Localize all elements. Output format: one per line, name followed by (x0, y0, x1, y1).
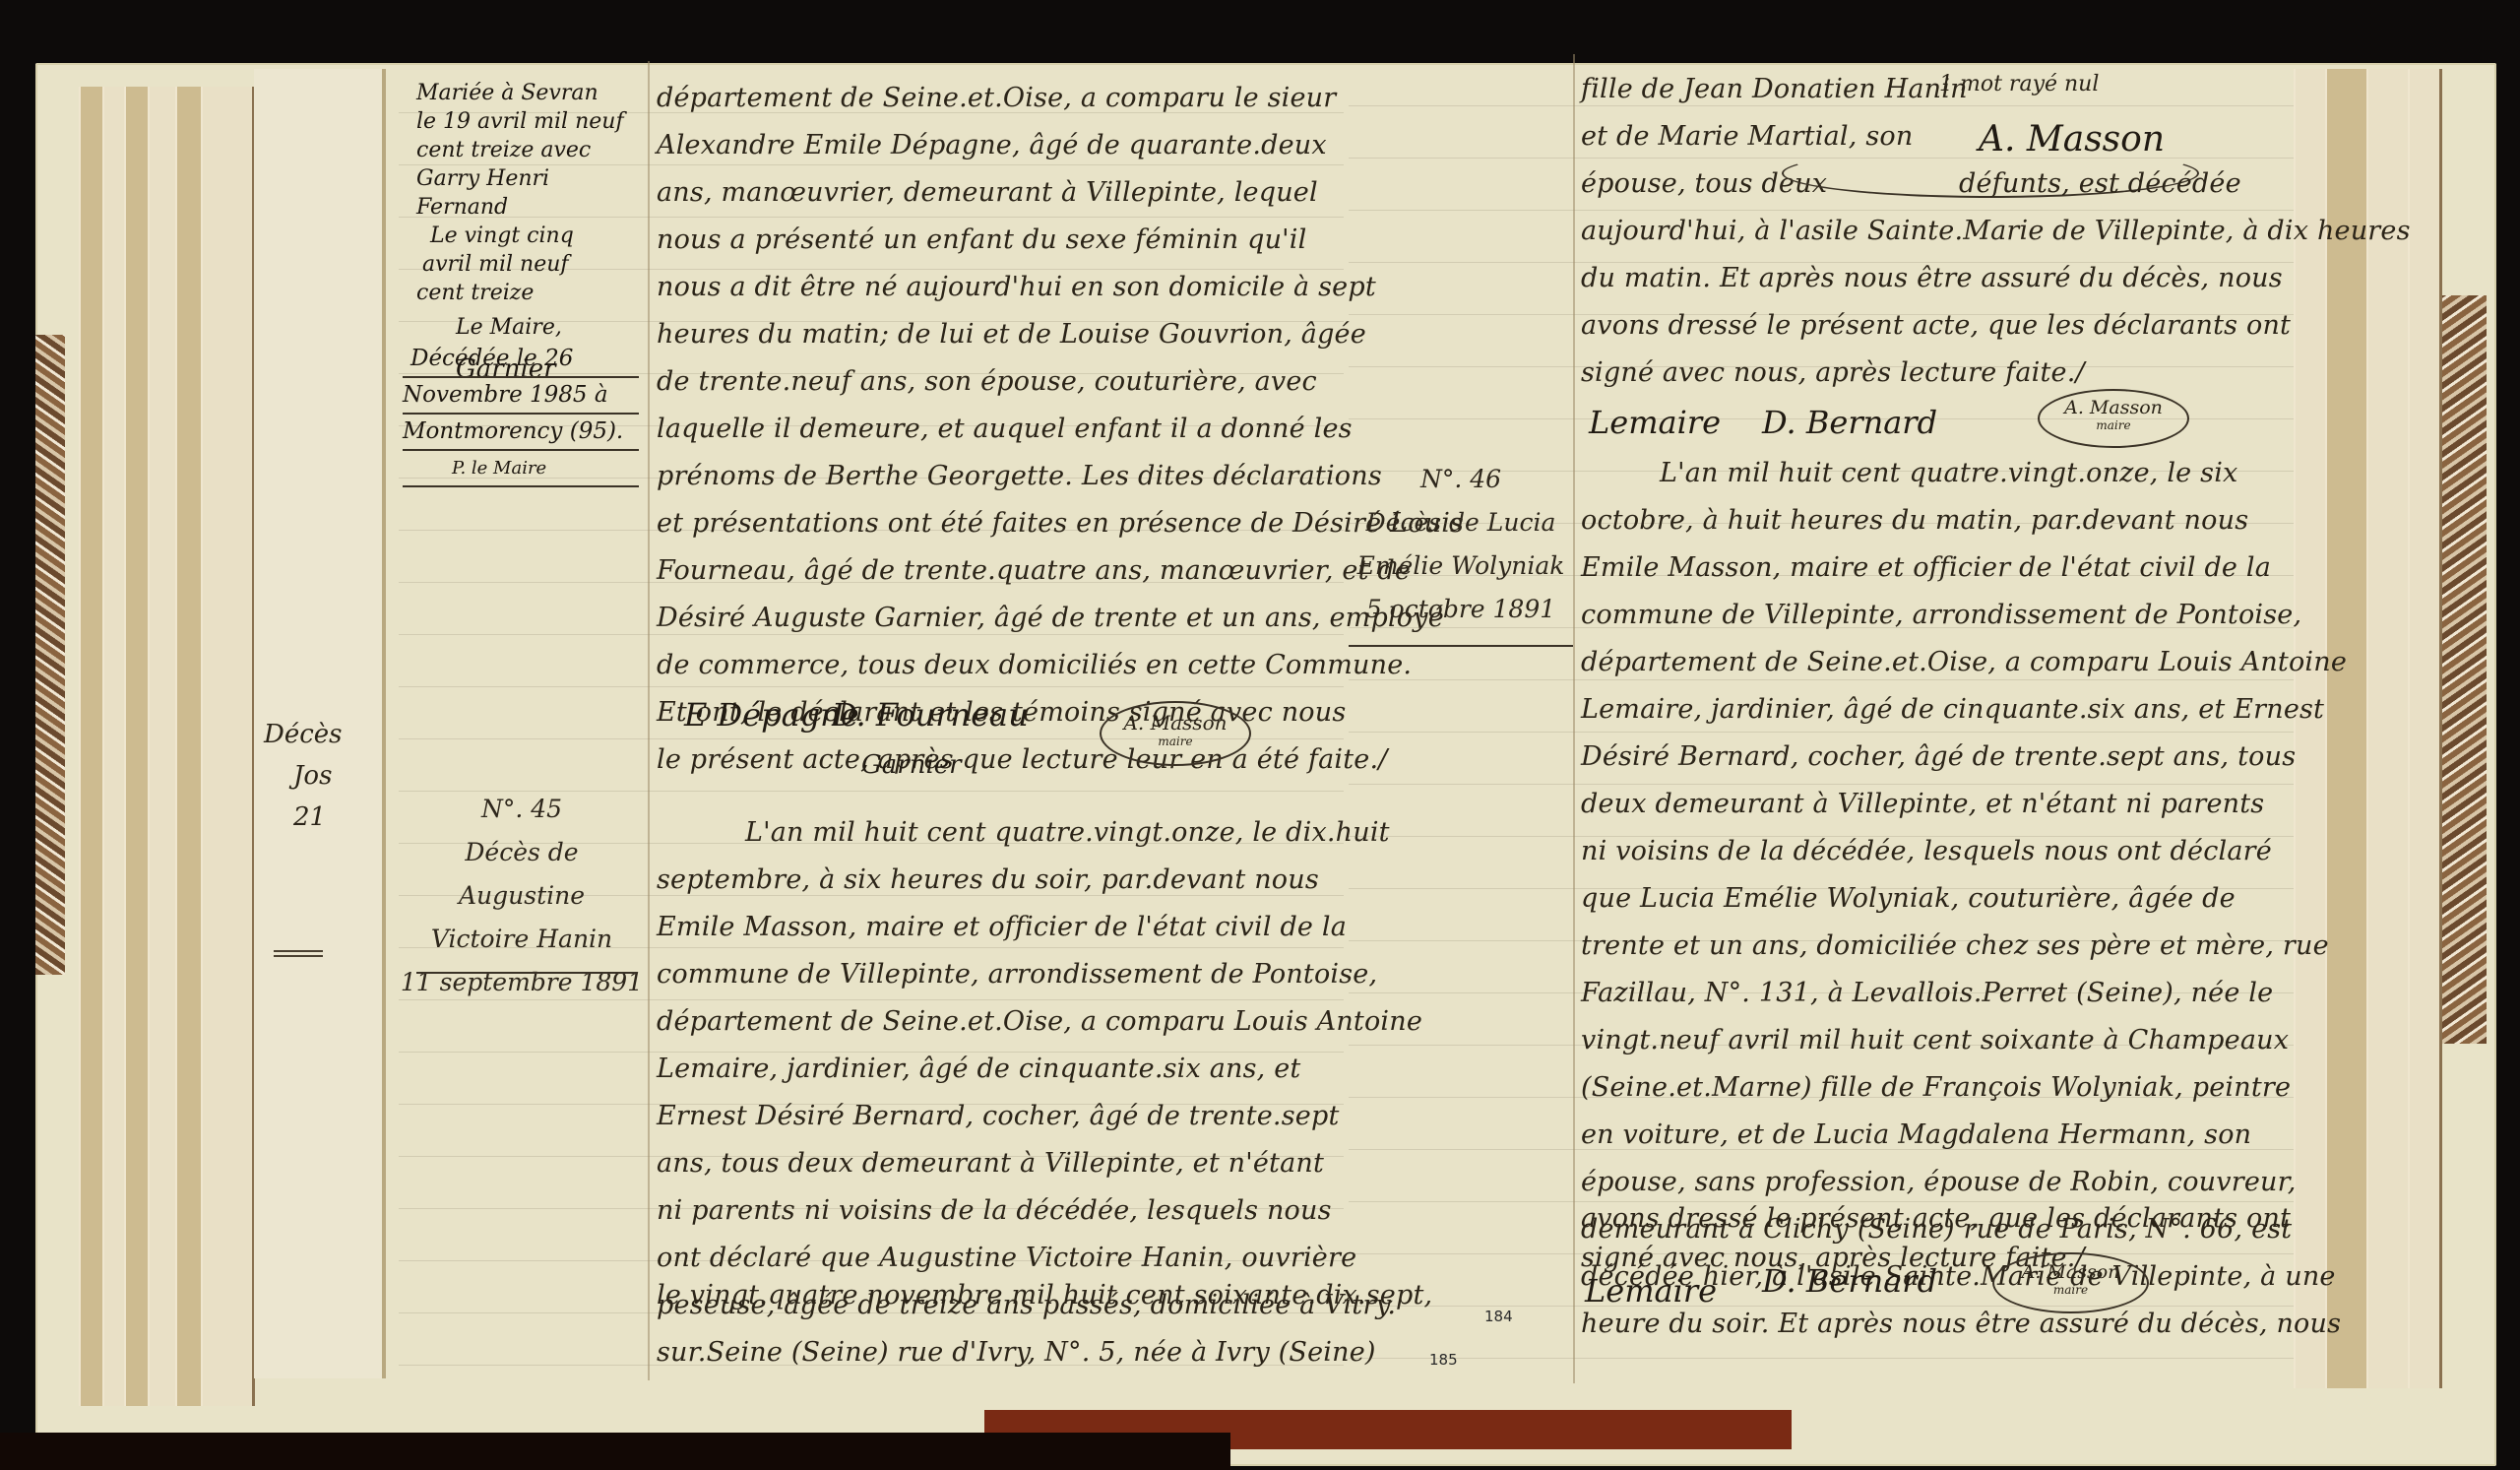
text-line: département de Seine.et.Oise, a comparu … (1581, 647, 2347, 677)
text-line: ni parents ni voisins de la décédée, les… (657, 1195, 1332, 1226)
page-edge (2408, 69, 2442, 1388)
entry-number: N°. 45 (399, 788, 645, 831)
page-edge (79, 87, 105, 1406)
page-number-184: 184 (1484, 1308, 1513, 1325)
fragment-text: Décès (264, 714, 343, 755)
annotation-line: Le Maire, (416, 313, 648, 342)
approval-note: 1 mot rayé nul (1939, 72, 2099, 96)
text-line: Fourneau, âgé de trente.quatre ans, manœ… (657, 555, 1411, 586)
text-line: fille de Jean Donatien Hanin (1581, 74, 1968, 104)
text-line: défunts, est décédée (1959, 168, 2241, 199)
text-line: et présentations ont été faites en prése… (657, 508, 1464, 539)
entry-title: Décès de Augustine (399, 831, 645, 918)
annotation-line: cent treize avec (416, 136, 648, 164)
text-line: que Lucia Emélie Wolyniak, couturière, â… (1581, 883, 2236, 914)
text-line: heures du matin; de lui et de Louise Gou… (657, 319, 1366, 350)
page-number-185: 185 (1429, 1351, 1458, 1369)
text-line: prénoms de Berthe Georgette. Les dites d… (657, 461, 1382, 491)
text-line: sur.Seine (Seine) rue d'Ivry, N°. 5, née… (657, 1337, 1376, 1368)
seal-role: maire (1994, 1283, 2147, 1297)
page-edge (124, 87, 151, 1406)
margin-rule (648, 61, 650, 1380)
text-line: département de Seine.et.Oise, a comparu … (657, 83, 1336, 113)
right-page: N°. 46 Décès de Lucia Emélie Wolyniak 5 … (1349, 54, 2294, 1383)
page-edge (2366, 69, 2411, 1388)
annotation-line: avril mil neuf (416, 250, 648, 279)
text-line: ans, manœuvrier, demeurant à Villepinte,… (657, 177, 1318, 208)
fragment-text: 21 (264, 797, 343, 838)
text-line: le présent acte, après que lecture leur … (657, 744, 1388, 775)
text-line: aujourd'hui, à l'asile Sainte.Marie de V… (1581, 216, 2411, 246)
annotation-line: cent treize (416, 279, 648, 307)
text-line: L'an mil huit cent quatre.vingt.onze, le… (745, 817, 1390, 848)
divider (274, 950, 323, 957)
seal-role: maire (1102, 735, 1249, 748)
text-line: trente et un ans, domiciliée chez ses pè… (1581, 930, 2329, 961)
annotation-line: Garry Henri Fernand (416, 164, 648, 222)
entry-46-header: N°. 46 Décès de Lucia Emélie Wolyniak 5 … (1349, 458, 1573, 631)
annotation-line: Le vingt cinq (416, 222, 648, 250)
seal-role: maire (2040, 418, 2187, 432)
text-line: heure du soir. Et après nous être assuré… (1581, 1309, 2341, 1339)
text-line: et de Marie Martial, son (1581, 121, 1913, 152)
marbled-endpaper-left (35, 335, 65, 975)
text-line: nous a dit être né aujourd'hui en son do… (657, 272, 1376, 302)
text-line: de trente.neuf ans, son épouse, couturiè… (657, 366, 1317, 397)
text-line: septembre, à six heures du soir, par.dev… (657, 864, 1319, 895)
text-line: L'an mil huit cent quatre.vingt.onze, le… (1660, 458, 2237, 488)
text-line: Lemaire, jardinier, âgé de cinquante.six… (657, 1054, 1300, 1084)
text-line: deux demeurant à Villepinte, et n'étant … (1581, 789, 2264, 819)
text-line: (Seine.et.Marne) fille de François Wolyn… (1581, 1072, 2291, 1103)
page-edge (2294, 69, 2328, 1388)
text-line: en voiture, et de Lucia Magdalena Herman… (1581, 1119, 2251, 1150)
marbled-endpaper-right (2439, 295, 2487, 1044)
page-edge (2325, 69, 2369, 1388)
annotation-line: Montmorency (95). (403, 415, 639, 451)
page-edge (148, 87, 178, 1406)
text-line: Ernest Désiré Bernard, cocher, âgé de tr… (657, 1101, 1340, 1131)
text-line: ni voisins de la décédée, lesquels nous … (1581, 836, 2272, 866)
margin-annotation-death: Décédée le 26 Novembre 1985 à Montmorenc… (403, 342, 639, 487)
entry-title: Décès de Lucia (1349, 501, 1573, 544)
text-line: Alexandre Emile Dépagne, âgé de quarante… (657, 130, 1327, 160)
text-line: vingt.neuf avril mil huit cent soixante … (1581, 1025, 2289, 1055)
page-edge (201, 87, 255, 1406)
left-page: Mariée à Sevran le 19 avril mil neuf cen… (399, 61, 1344, 1380)
text-line: Emile Masson, maire et officier de l'éta… (1581, 552, 2271, 583)
entry-date: 5 octobre 1891 (1349, 588, 1573, 631)
entry-title: Emélie Wolyniak (1349, 544, 1573, 588)
mayor-seal: A. Masson maire (1992, 1252, 2149, 1313)
text-line: département de Seine.et.Oise, a comparu … (657, 1006, 1422, 1037)
annotation-line: Novembre 1985 à (403, 378, 639, 415)
text-line: Lemaire, jardinier, âgé de cinquante.six… (1581, 694, 2324, 725)
divider (416, 972, 638, 974)
text-line: de commerce, tous deux domiciliés en cet… (657, 650, 1412, 680)
entry-number: N°. 46 (1349, 458, 1573, 501)
text-line: ans, tous deux demeurant à Villepinte, e… (657, 1148, 1324, 1179)
signature-bernard: D. Bernard (1762, 1262, 1937, 1300)
text-line: Désiré Bernard, cocher, âgé de trente.se… (1581, 741, 2296, 772)
text-line: le vingt.quatre novembre mil huit cent s… (657, 1280, 1432, 1310)
signature-lemaire: Lemaire (1589, 404, 1721, 441)
text-line: octobre, à huit heures du matin, par.dev… (1581, 505, 2248, 536)
text-line: nous a présenté un enfant du sexe fémini… (657, 224, 1306, 255)
entry-title: Victoire Hanin (399, 918, 645, 961)
annotation-line: Mariée à Sevran (416, 79, 648, 107)
text-line: du matin. Et après nous être assuré du d… (1581, 263, 2283, 293)
seal-name: A. Masson (2040, 397, 2187, 418)
text-line: avons dressé le présent acte, que les dé… (1581, 1203, 2291, 1234)
text-line: ont déclaré que Augustine Victoire Hanin… (657, 1243, 1356, 1273)
text-line: Fazillau, N°. 131, à Levallois.Perret (S… (1581, 978, 2273, 1008)
text-line: laquelle il demeure, et auquel enfant il… (657, 414, 1353, 444)
page-edge (175, 87, 204, 1406)
mayor-seal: A. Masson maire (1100, 701, 1251, 766)
text-line: Désiré Auguste Garnier, âgé de trente et… (657, 603, 1444, 633)
mayor-seal: A. Masson maire (2038, 389, 2189, 448)
text-line: commune de Villepinte, arrondissement de… (1581, 600, 2301, 630)
signature-bernard: D. Bernard (1762, 404, 1937, 441)
signature-lemaire: Lemaire (1585, 1272, 1717, 1310)
annotation-line: le 19 avril mil neuf (416, 107, 648, 136)
underlying-page-fragment: Décès Jos 21 (254, 69, 386, 1378)
seal-name: A. Masson (1102, 711, 1249, 735)
text-line: avons dressé le présent acte, que les dé… (1581, 310, 2291, 341)
text-line: Emile Masson, maire et officier de l'éta… (657, 912, 1347, 942)
signature-garnier: Garnier (861, 750, 962, 780)
annotation-line: P. le Maire (403, 451, 639, 487)
divider (1349, 645, 1573, 647)
seal-name: A. Masson (1994, 1261, 2147, 1283)
shadow-bottom (0, 1433, 1230, 1470)
fragment-text: Jos (264, 755, 343, 797)
annotation-line: Décédée le 26 (403, 342, 639, 378)
entry-date: 11 septembre 1891 (399, 961, 645, 1004)
margin-annotation-marriage: Mariée à Sevran le 19 avril mil neuf cen… (416, 79, 648, 384)
text-line: signé avec nous, après lecture faite./ (1581, 357, 2085, 388)
text-line: épouse, sans profession, épouse de Robin… (1581, 1167, 2297, 1197)
text-line: commune de Villepinte, arrondissement de… (657, 959, 1377, 990)
margin-rule (1573, 54, 1575, 1383)
signature-fourneau: D. Fourneau (832, 696, 1029, 734)
